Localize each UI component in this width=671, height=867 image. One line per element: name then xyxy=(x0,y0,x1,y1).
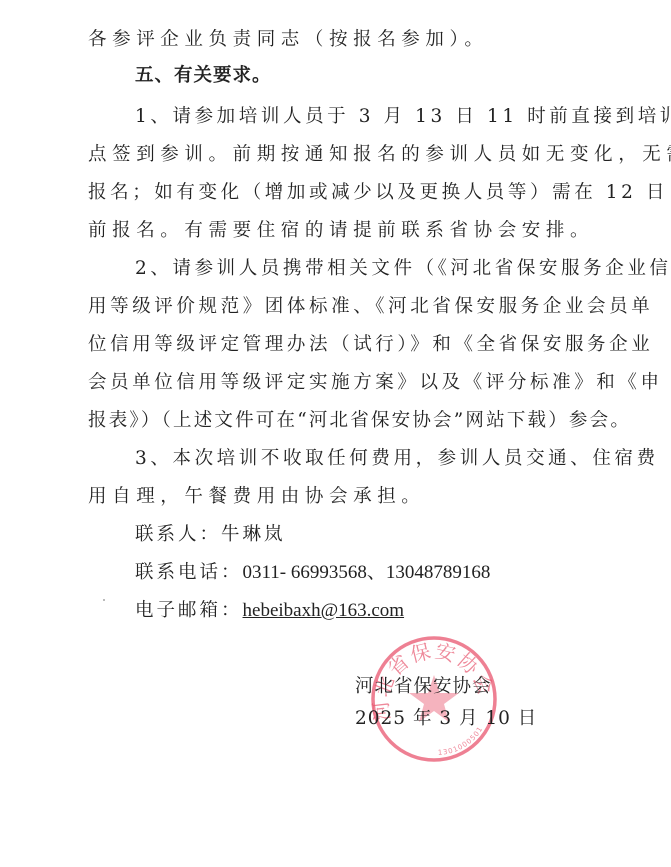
scan-speck xyxy=(103,599,105,601)
section-heading: 五、有关要求。 xyxy=(135,64,272,88)
contact-email: 电子邮箱：hebeibaxh@163.com xyxy=(135,599,404,623)
signature-date: 2025 年 3 月 10 日 xyxy=(355,704,537,730)
requirement-1-line: 报名；如有变化（增加或减少以及更换人员等）需在 12 日 xyxy=(88,181,668,205)
requirement-2-line: 位信用等级评定管理办法（试行）》和《全省保安服务企业 xyxy=(88,333,653,357)
requirement-3-line: 用自理，午餐费用由协会承担。 xyxy=(88,485,425,509)
requirement-3-line: 3、本次培训不收取任何费用，参训人员交通、住宿费 xyxy=(135,447,659,471)
contact-email-link[interactable]: hebeibaxh@163.com xyxy=(243,600,405,621)
signature-date-text: 2025 年 3 月 10 日 xyxy=(355,708,537,729)
contact-email-label: 电子邮箱： xyxy=(135,600,243,621)
signature-organization: 河北省保安协会 xyxy=(355,672,492,698)
requirement-2-line: 报表》）（上述文件可在“河北省保安协会”网站下载）参会。 xyxy=(88,409,631,433)
official-seal-icon: 河北省保安协会 1301000501 xyxy=(370,635,498,763)
requirement-1-line: 前报名。有需要住宿的请提前联系省协会安排。 xyxy=(88,219,594,243)
requirement-2-line: 2、请参训人员携带相关文件（《河北省保安服务企业信 xyxy=(135,257,671,281)
requirement-1-line: 点签到参训。前期按通知报名的参训人员如无变化，无需再 xyxy=(88,143,671,167)
contact-person-name: 牛琳岚 xyxy=(221,524,286,545)
contact-phone-label: 联系电话： xyxy=(135,562,243,583)
paragraph-line: 各参评企业负责同志（按报名参加）。 xyxy=(88,28,488,52)
requirement-2-line: 用等级评价规范》团体标准、《河北省保安服务企业会员单 xyxy=(88,295,653,319)
requirement-2-line: 会员单位信用等级评定实施方案》以及《评分标准》和《申 xyxy=(88,371,663,395)
contact-phone-value: 0311- 66993568、13048789168 xyxy=(243,562,491,583)
contact-person: 联系人：牛琳岚 xyxy=(135,523,286,547)
contact-phone: 联系电话：0311- 66993568、13048789168 xyxy=(135,561,490,585)
document-page: 各参评企业负责同志（按报名参加）。 五、有关要求。 1、请参加培训人员于 3 月… xyxy=(0,0,671,867)
requirement-1-line: 1、请参加培训人员于 3 月 13 日 11 时前直接到培训地 xyxy=(135,105,671,129)
contact-person-label: 联系人： xyxy=(135,524,221,545)
